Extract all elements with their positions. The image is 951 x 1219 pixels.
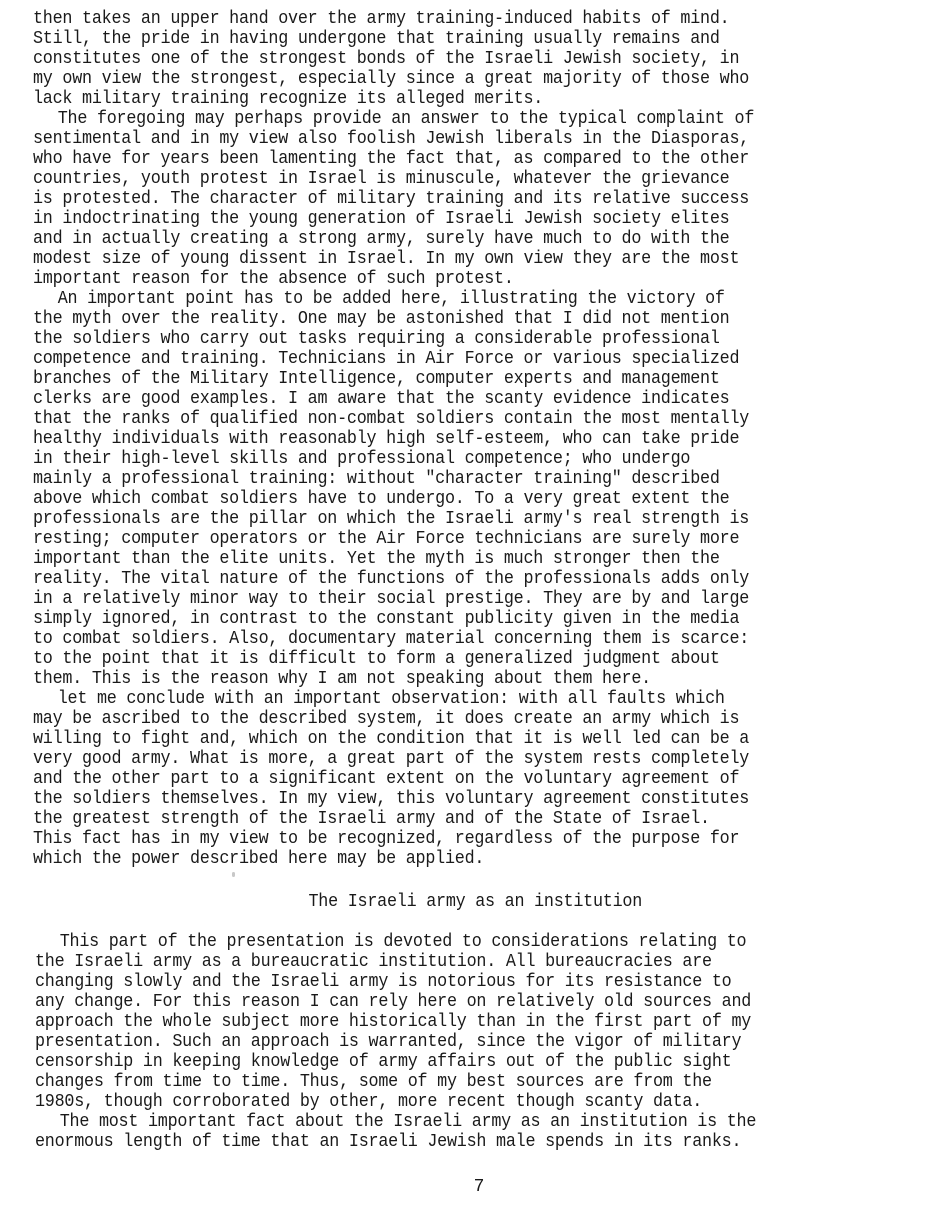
text-line: in indoctrinating the young generation o… (33, 209, 857, 229)
text-line: Still, the pride in having undergone tha… (33, 29, 857, 49)
paragraph: then takes an upper hand over the army t… (33, 9, 933, 109)
text-line: professionals are the pillar on which th… (33, 509, 857, 529)
text-line: An important point has to be added here,… (33, 289, 857, 309)
text-line: This fact has in my view to be recognize… (33, 829, 857, 849)
text-line: may be ascribed to the described system,… (33, 709, 857, 729)
paragraph: The most important fact about the Israel… (35, 1112, 935, 1152)
text-line: sentimental and in my view also foolish … (33, 129, 857, 149)
text-line: which the power described here may be ap… (33, 849, 857, 869)
section-heading: The Israeli army as an institution (0, 892, 951, 912)
text-line: important than the elite units. Yet the … (33, 549, 857, 569)
text-line: changing slowly and the Israeli army is … (35, 972, 859, 992)
scan-artifact (232, 872, 235, 877)
text-line: mainly a professional training: without … (33, 469, 857, 489)
text-line: the greatest strength of the Israeli arm… (33, 809, 857, 829)
text-line: reality. The vital nature of the functio… (33, 569, 857, 589)
text-line: above which combat soldiers have to unde… (33, 489, 857, 509)
text-line: in a relatively minor way to their socia… (33, 589, 857, 609)
text-line: enormous length of time that an Israeli … (35, 1132, 859, 1152)
text-line: and the other part to a significant exte… (33, 769, 857, 789)
text-line: modest size of young dissent in Israel. … (33, 249, 857, 269)
document-body-part1: then takes an upper hand over the army t… (33, 9, 933, 869)
text-line: important reason for the absence of such… (33, 269, 857, 289)
text-line: and in actually creating a strong army, … (33, 229, 857, 249)
text-line: to the point that it is difficult to for… (33, 649, 857, 669)
text-line: changes from time to time. Thus, some of… (35, 1072, 859, 1092)
text-line: the Israeli army as a bureaucratic insti… (35, 952, 859, 972)
text-line: clerks are good examples. I am aware tha… (33, 389, 857, 409)
text-line: them. This is the reason why I am not sp… (33, 669, 857, 689)
text-line: countries, youth protest in Israel is mi… (33, 169, 857, 189)
text-line: approach the whole subject more historic… (35, 1012, 859, 1032)
text-line: my own view the strongest, especially si… (33, 69, 857, 89)
text-line: to combat soldiers. Also, documentary ma… (33, 629, 857, 649)
text-line: is protested. The character of military … (33, 189, 857, 209)
text-line: willing to fight and, which on the condi… (33, 729, 857, 749)
text-line: branches of the Military Intelligence, c… (33, 369, 857, 389)
paragraph: let me conclude with an important observ… (33, 689, 933, 869)
text-line: then takes an upper hand over the army t… (33, 9, 857, 29)
text-line: The foregoing may perhaps provide an ans… (33, 109, 857, 129)
text-line: the myth over the reality. One may be as… (33, 309, 857, 329)
text-line: The most important fact about the Israel… (35, 1112, 859, 1132)
document-body-part2: This part of the presentation is devoted… (35, 932, 935, 1152)
text-line: healthy individuals with reasonably high… (33, 429, 857, 449)
text-line: This part of the presentation is devoted… (35, 932, 859, 952)
text-line: the soldiers who carry out tasks requiri… (33, 329, 857, 349)
text-line: resting; computer operators or the Air F… (33, 529, 857, 549)
paragraph: An important point has to be added here,… (33, 289, 933, 689)
paragraph: The foregoing may perhaps provide an ans… (33, 109, 933, 289)
text-line: let me conclude with an important observ… (33, 689, 857, 709)
text-line: that the ranks of qualified non-combat s… (33, 409, 857, 429)
text-line: censorship in keeping knowledge of army … (35, 1052, 859, 1072)
text-line: any change. For this reason I can rely h… (35, 992, 859, 1012)
text-line: 1980s, though corroborated by other, mor… (35, 1092, 859, 1112)
text-line: competence and training. Technicians in … (33, 349, 857, 369)
text-line: the soldiers themselves. In my view, thi… (33, 789, 857, 809)
text-line: simply ignored, in contrast to the const… (33, 609, 857, 629)
text-line: who have for years been lamenting the fa… (33, 149, 857, 169)
paragraph: This part of the presentation is devoted… (35, 932, 935, 1112)
page-number: 7 (0, 1177, 951, 1197)
text-line: lack military training recognize its all… (33, 89, 857, 109)
text-line: in their high-level skills and professio… (33, 449, 857, 469)
section-heading-text: The Israeli army as an institution (309, 892, 643, 912)
text-line: presentation. Such an approach is warran… (35, 1032, 859, 1052)
text-line: very good army. What is more, a great pa… (33, 749, 857, 769)
text-line: constitutes one of the strongest bonds o… (33, 49, 857, 69)
